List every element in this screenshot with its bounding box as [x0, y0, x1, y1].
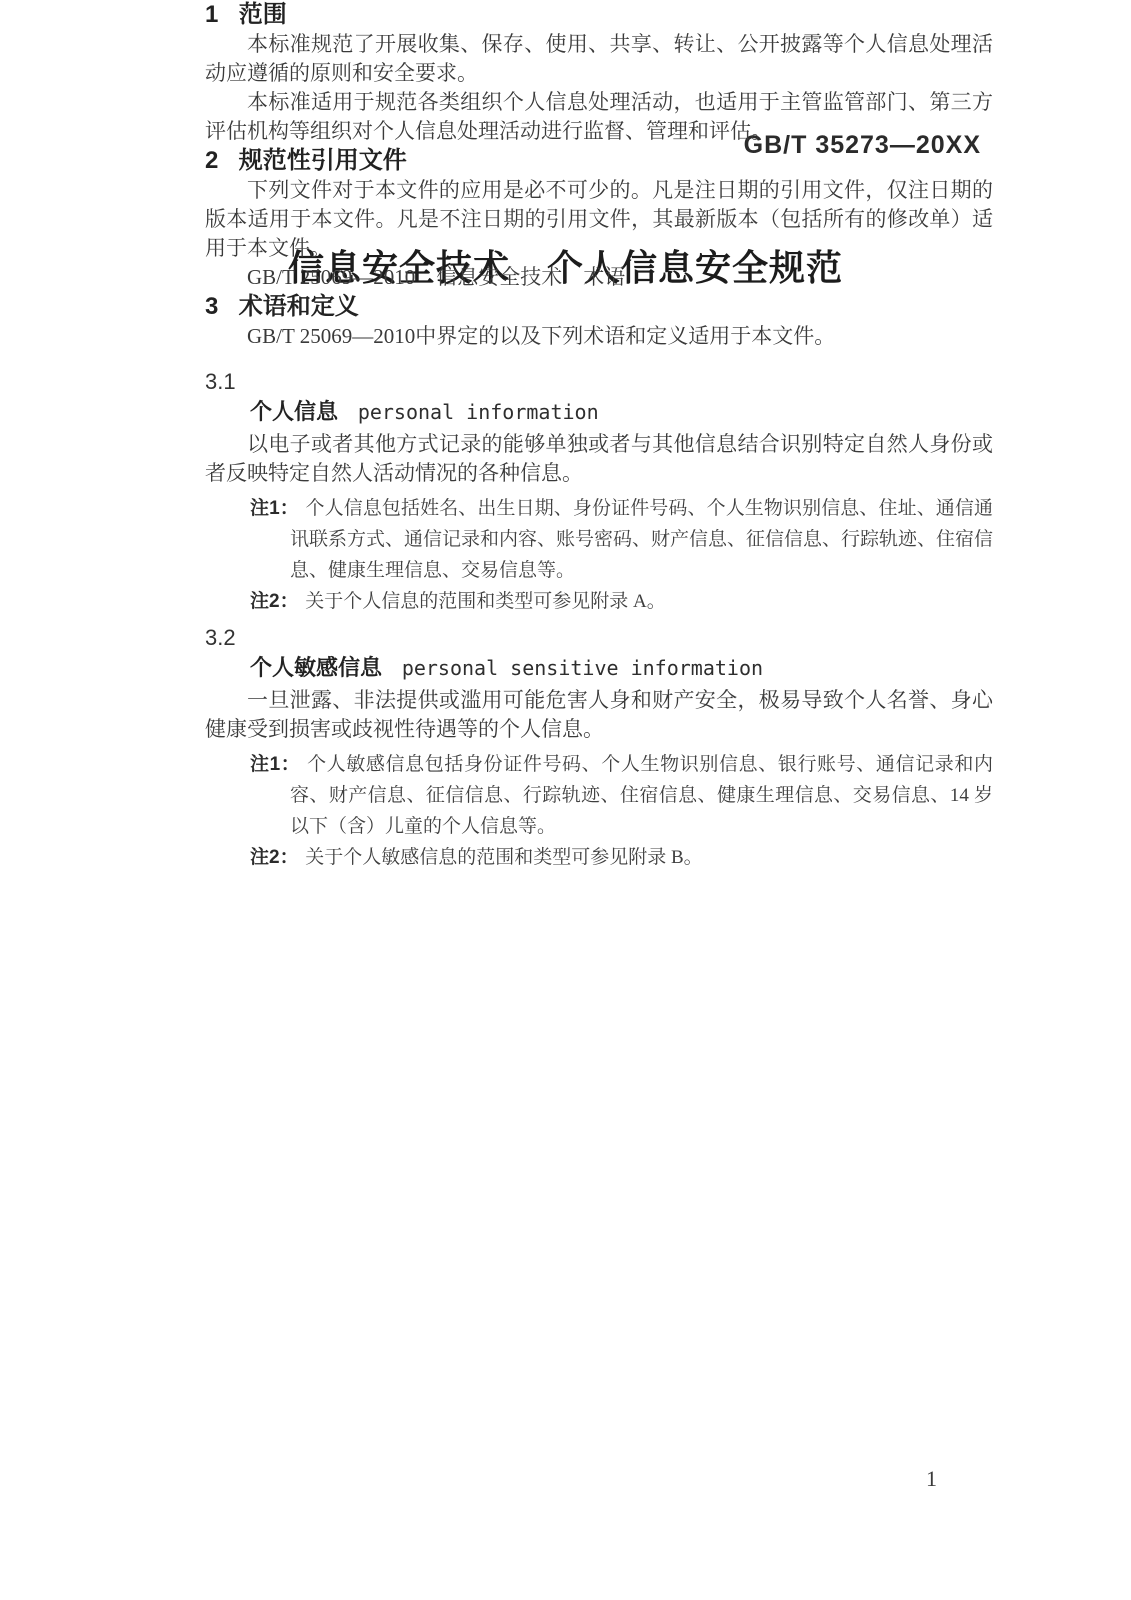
term-heading: 个人信息personal information — [250, 397, 993, 430]
term-definition: 以电子或者其他方式记录的能够单独或者与其他信息结合识别特定自然人身份或者反映特定… — [205, 430, 993, 488]
term-id: 3.2 — [205, 625, 993, 651]
note: 注1：个人信息包括姓名、出生日期、身份证件号码、个人生物识别信息、住址、通信通讯… — [250, 493, 993, 586]
note-text: 关于个人敏感信息的范围和类型可参见附录 B。 — [305, 847, 702, 868]
note-text: 关于个人信息的范围和类型可参见附录 A。 — [305, 591, 665, 612]
section-heading-scope: 1范围 — [205, 0, 993, 30]
paragraph: 下列文件对于本文件的应用是必不可少的。凡是注日期的引用文件，仅注日期的版本适用于… — [205, 176, 993, 263]
section-title: 范围 — [239, 1, 287, 28]
note-text: 个人敏感信息包括身份证件号码、个人生物识别信息、银行账号、通信记录和内容、财产信… — [290, 754, 993, 837]
paragraph: GB/T 25069—2010中界定的以及下列术语和定义适用于本文件。 — [205, 322, 993, 351]
section-heading-terms-definitions: 3术语和定义 — [205, 292, 993, 322]
note-label: 注2： — [250, 591, 299, 612]
section-number: 1 — [205, 1, 218, 28]
term-name-en: personal sensitive information — [402, 656, 763, 680]
content-area: 1范围 本标准规范了开展收集、保存、使用、共享、转让、公开披露等个人信息处理活动… — [205, 0, 993, 873]
normative-reference: GB/T 25069—2010 信息安全技术 术语 — [247, 263, 993, 292]
note-label: 注1： — [250, 498, 299, 519]
note: 注2：关于个人信息的范围和类型可参见附录 A。 — [250, 586, 993, 617]
paragraph: 本标准规范了开展收集、保存、使用、共享、转让、公开披露等个人信息处理活动应遵循的… — [205, 30, 993, 88]
section-number: 3 — [205, 293, 218, 320]
section-heading-normative-references: 2规范性引用文件 — [205, 146, 993, 176]
section-title: 规范性引用文件 — [239, 147, 407, 174]
term-definition: 一旦泄露、非法提供或滥用可能危害人身和财产安全，极易导致个人名誉、身心健康受到损… — [205, 686, 993, 744]
term-name-en: personal information — [358, 400, 599, 424]
note: 注1：个人敏感信息包括身份证件号码、个人生物识别信息、银行账号、通信记录和内容、… — [250, 749, 993, 842]
page-number: 1 — [926, 1466, 937, 1492]
note: 注2：关于个人敏感信息的范围和类型可参见附录 B。 — [250, 842, 993, 873]
paragraph: 本标准适用于规范各类组织个人信息处理活动，也适用于主管监管部门、第三方评估机构等… — [205, 88, 993, 146]
term-entry-personal-information: 3.1 个人信息personal information 以电子或者其他方式记录… — [205, 369, 993, 617]
section-number: 2 — [205, 147, 218, 174]
term-id: 3.1 — [205, 369, 993, 395]
term-name-zh: 个人敏感信息 — [250, 655, 382, 680]
term-entry-personal-sensitive-information: 3.2 个人敏感信息personal sensitive information… — [205, 625, 993, 873]
term-heading: 个人敏感信息personal sensitive information — [250, 653, 993, 686]
section-title: 术语和定义 — [239, 293, 359, 320]
note-text: 个人信息包括姓名、出生日期、身份证件号码、个人生物识别信息、住址、通信通讯联系方… — [290, 498, 993, 581]
term-name-zh: 个人信息 — [250, 399, 338, 424]
note-label: 注1： — [250, 754, 300, 775]
document-page: GB/T 35273—20XX 信息安全技术 个人信息安全规范 1范围 本标准规… — [0, 0, 1131, 1600]
note-label: 注2： — [250, 847, 299, 868]
